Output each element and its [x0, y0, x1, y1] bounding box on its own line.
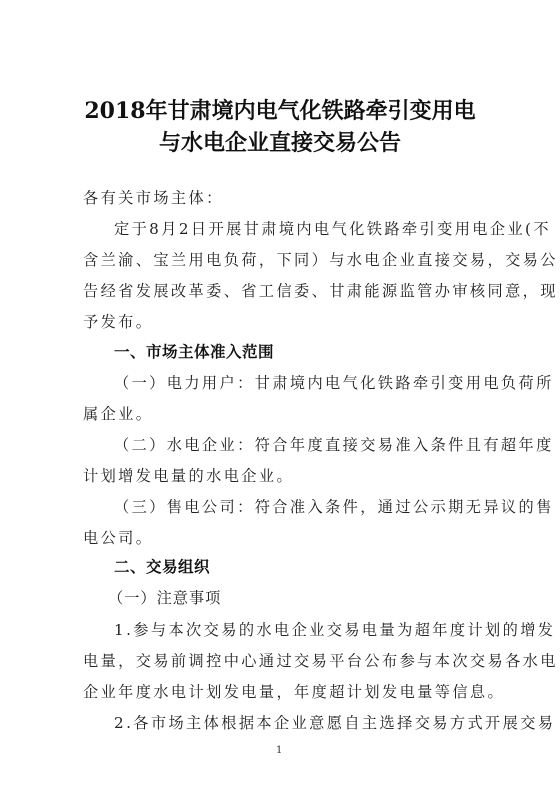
section-2-item-1-line-3: 企业年度水电计划发电量，年度超计划发电量等信息。	[83, 682, 483, 702]
section-1-item-3-line-2: 电公司。	[83, 528, 483, 548]
intro-line-4: 予发布。	[83, 312, 483, 332]
section-1-item-3-line-1: （三）售电公司：符合准入条件，通过公示期无异议的售	[114, 497, 484, 517]
section-2-item-1-line-1: 1.参与本次交易的水电企业交易电量为超年度计划的增发	[114, 620, 484, 640]
section-1-item-2-line-1: （二）水电企业：符合年度直接交易准入条件且有超年度	[114, 435, 484, 455]
intro-line-3: 告经省发展改革委、省工信委、甘肃能源监管办审核同意，现	[83, 281, 483, 301]
section-2-heading: 二、交易组织	[114, 557, 484, 577]
document-title-line-1: 2018年甘肃境内电气化铁路牵引变用电	[0, 94, 560, 125]
section-2-subheading: （一）注意事项	[108, 588, 508, 608]
document-title-line-2: 与水电企业直接交易公告	[0, 126, 560, 157]
page-number: 1	[276, 745, 282, 756]
section-1-item-1-line-1: （一）电力用户：甘肃境内电气化铁路牵引变用电负荷所	[114, 373, 484, 393]
section-2-item-2-line-1: 2.各市场主体根据本企业意愿自主选择交易方式开展交易	[114, 713, 484, 733]
section-1-item-1-line-2: 属企业。	[83, 404, 483, 424]
section-2-item-1-line-2: 电量，交易前调控中心通过交易平台公布参与本次交易各水电	[83, 651, 483, 671]
section-1-item-2-line-2: 计划增发电量的水电企业。	[83, 466, 483, 486]
intro-line-1: 定于8月2日开展甘肃境内电气化铁路牵引变用电企业(不	[114, 219, 484, 239]
salutation: 各有关市场主体：	[83, 188, 483, 208]
intro-line-2: 含兰渝、宝兰用电负荷，下同）与水电企业直接交易，交易公	[83, 250, 483, 270]
document-page: 2018年甘肃境内电气化铁路牵引变用电 与水电企业直接交易公告 各有关市场主体：…	[0, 0, 560, 792]
section-1-heading: 一、市场主体准入范围	[114, 342, 484, 362]
